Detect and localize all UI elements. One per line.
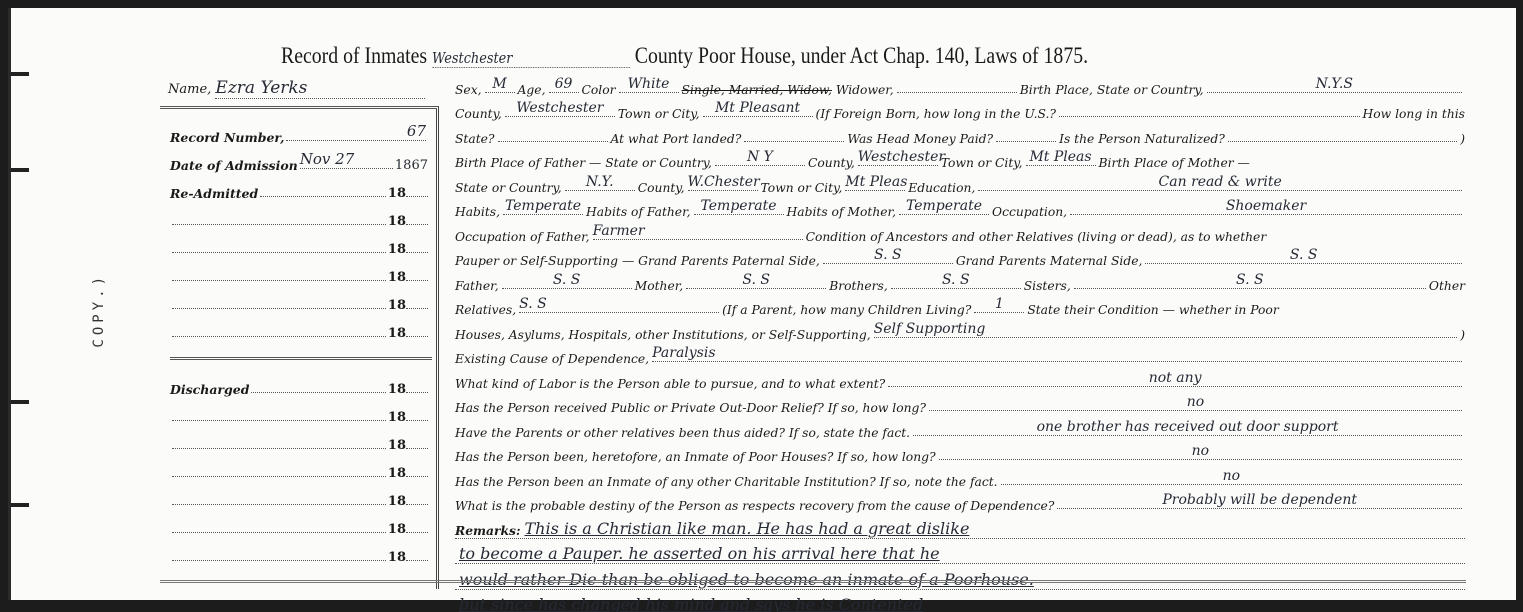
county-value: Westchester	[516, 100, 603, 116]
father-county-value: Westchester	[858, 149, 945, 165]
remarks-line: Remarks: This is a Christian like man. H…	[455, 513, 1465, 539]
gp-paternal-value: S. S	[874, 247, 902, 263]
mother-state-value: N.Y.	[586, 174, 614, 190]
record-number-value: 67	[407, 122, 426, 140]
mother-town-value: Mt Pleas	[845, 174, 907, 190]
readmitted-row: 18	[170, 207, 428, 229]
discharged-row: 18	[170, 487, 428, 509]
copy-stamp: COPY.)	[91, 273, 107, 348]
children-value: 1	[995, 296, 1004, 312]
father-town-value: Mt Pleas	[1029, 149, 1091, 165]
name-row: Name, Ezra Yerks	[168, 78, 438, 99]
page-title: Record of Inmates Westchester County Poo…	[281, 43, 1244, 69]
color-value: White	[628, 76, 670, 92]
remarks-line: would rather Die than be obliged to beco…	[455, 564, 1465, 590]
remarks-text: would rather Die than be obliged to beco…	[455, 570, 1034, 589]
remarks-text: but since has changed his mind and says …	[455, 595, 923, 612]
father-value: S. S	[553, 272, 581, 288]
title-prefix: Record of Inmates	[281, 43, 427, 68]
form-line-labor: What kind of Labor is the Person able to…	[455, 366, 1465, 391]
binding-tab	[11, 168, 29, 172]
form-line-occupation-father: Occupation of Father, Farmer Condition o…	[455, 219, 1465, 244]
name-value: Ezra Yerks	[215, 78, 425, 99]
form-line-inmate-poor: Has the Person been, heretofore, an Inma…	[455, 440, 1465, 465]
readmitted-row: 18	[170, 235, 428, 257]
discharged-row: 18	[170, 459, 428, 481]
mother-value: S. S	[742, 272, 770, 288]
section-divider	[170, 357, 432, 360]
form-line-houses: Houses, Asylums, Hospitals, other Instit…	[455, 317, 1465, 342]
form-line-grandparents: Pauper or Self-Supporting — Grand Parent…	[455, 244, 1465, 269]
admission-box: Record Number, 67 Date of Admission Nov …	[160, 106, 439, 589]
admission-row: Date of Admission Nov 27 1867	[170, 151, 428, 173]
destiny-value: Probably will be dependent	[1162, 492, 1357, 508]
marital-struck: Single, Married, Widow,	[682, 83, 832, 97]
form-line-relatives: Relatives, S. S (If a Parent, how many C…	[455, 293, 1465, 318]
inmate-poor-value: no	[1192, 443, 1209, 459]
occupation-value: Shoemaker	[1226, 198, 1306, 214]
education-value: Can read & write	[1159, 174, 1282, 190]
binding-tab	[11, 503, 29, 507]
habits-mother-value: Temperate	[906, 198, 982, 214]
readmitted-row: 18	[170, 319, 428, 341]
record-form: Sex, M Age, 69 Color White Single, Marri…	[455, 72, 1465, 612]
readmitted-row: 18	[170, 291, 428, 313]
form-line-parents-aided: Have the Parents or other relatives been…	[455, 415, 1465, 440]
title-suffix: County Poor House, under Act Chap. 140, …	[635, 43, 1088, 68]
admission-value: Nov 27	[300, 150, 355, 168]
mother-county-value: W.Chester	[688, 174, 760, 190]
form-line-cause: Existing Cause of Dependence, Paralysis	[455, 342, 1465, 367]
readmitted-row: Re-Admitted 18	[170, 179, 428, 201]
binding-tab	[11, 72, 29, 76]
readmitted-row: 18	[170, 263, 428, 285]
remarks-line: but since has changed his mind and says …	[455, 590, 1465, 612]
admission-year: 1867	[395, 158, 428, 173]
remarks-label: Remarks:	[455, 523, 520, 538]
relief-value: no	[1187, 394, 1204, 410]
parents-aided-value: one brother has received out door suppor…	[1037, 419, 1339, 435]
discharged-row: 18	[170, 431, 428, 453]
discharged-row: 18	[170, 543, 428, 565]
record-number-row: Record Number, 67	[170, 123, 428, 145]
title-county: Westchester	[432, 49, 630, 68]
remarks-line: to become a Pauper. he asserted on his a…	[455, 539, 1465, 565]
houses-value: Self Supporting	[874, 321, 986, 337]
form-line-family: Father, S. S Mother, S. S Brothers, S. S…	[455, 268, 1465, 293]
habits-value: Temperate	[505, 198, 581, 214]
discharged-row: 18	[170, 515, 428, 537]
name-label: Name,	[168, 82, 211, 97]
town-value: Mt Pleasant	[715, 100, 800, 116]
binding-tab	[11, 400, 29, 404]
birthplace-value: N.Y.S	[1316, 76, 1353, 92]
form-line-destiny: What is the probable destiny of the Pers…	[455, 489, 1465, 514]
relatives-value: S. S	[519, 296, 547, 312]
form-line-relief: Has the Person received Public or Privat…	[455, 391, 1465, 416]
form-line-mother-state: State or Country, N.Y. County, W.Chester…	[455, 170, 1465, 195]
form-line-sex-age: Sex, M Age, 69 Color White Single, Marri…	[455, 72, 1465, 97]
father-birth-value: N Y	[747, 149, 773, 165]
cause-value: Paralysis	[652, 345, 715, 361]
age-value: 69	[555, 76, 573, 92]
discharged-row: 18	[170, 403, 428, 425]
gp-maternal-value: S. S	[1290, 247, 1318, 263]
brothers-value: S. S	[942, 272, 970, 288]
form-line-inmate-other: Has the Person been an Inmate of any oth…	[455, 464, 1465, 489]
occupation-father-value: Farmer	[593, 223, 645, 239]
form-line-habits: Habits, Temperate Habits of Father, Temp…	[455, 195, 1465, 220]
bottom-rule	[160, 580, 1466, 583]
sex-value: M	[492, 76, 506, 92]
marital-kept: Widower,	[836, 83, 894, 97]
remarks-text: This is a Christian like man. He has had…	[520, 519, 969, 538]
habits-father-value: Temperate	[701, 198, 777, 214]
form-line-county: County, Westchester Town or City, Mt Ple…	[455, 97, 1465, 122]
form-line-father-birth: Birth Place of Father — State or Country…	[455, 146, 1465, 171]
labor-value: not any	[1149, 370, 1202, 386]
discharged-row: Discharged 18	[170, 375, 428, 397]
sisters-value: S. S	[1236, 272, 1264, 288]
remarks-text: to become a Pauper. he asserted on his a…	[455, 544, 940, 563]
form-line-state: State? At what Port landed? Was Head Mon…	[455, 121, 1465, 146]
inmate-other-value: no	[1223, 468, 1240, 484]
